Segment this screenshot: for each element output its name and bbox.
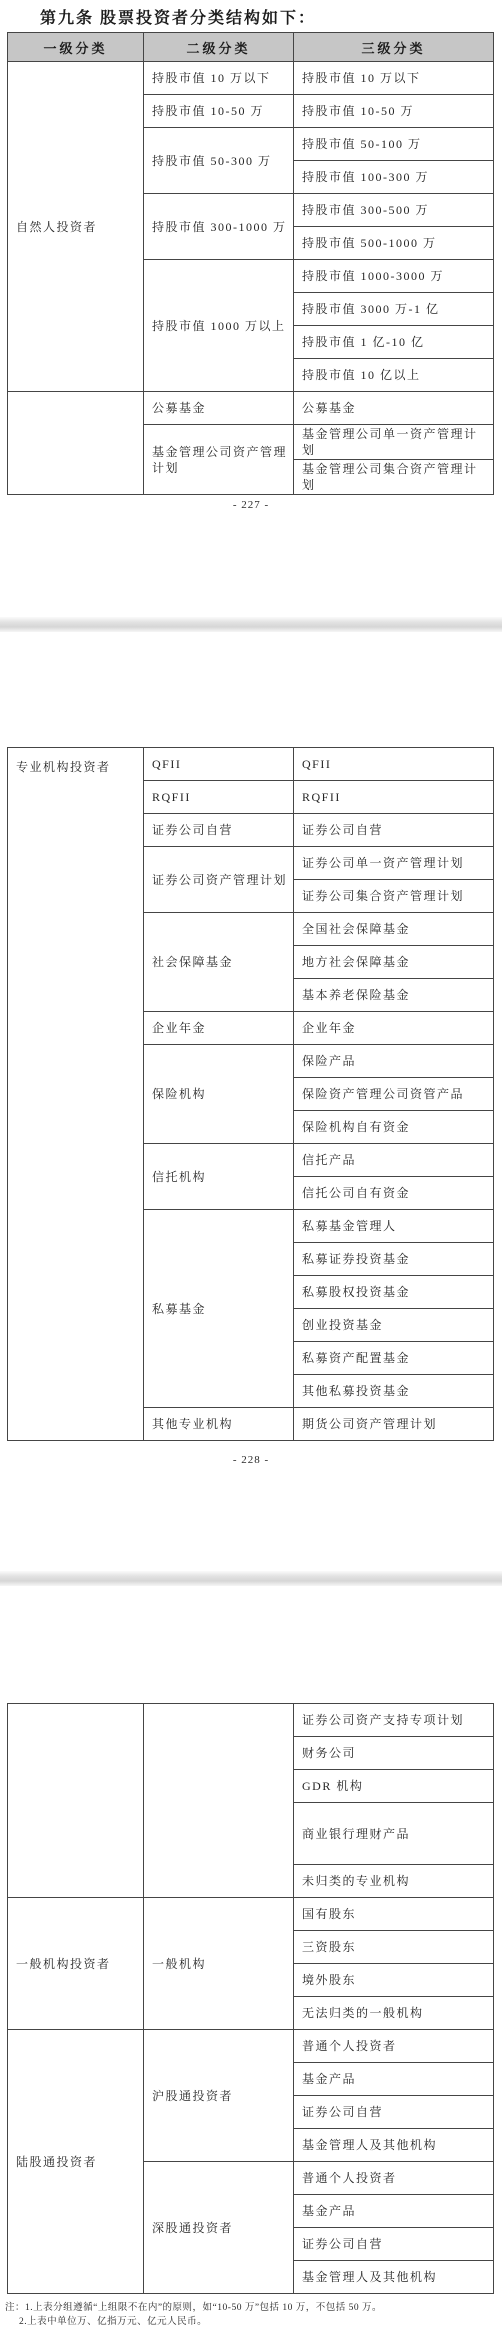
level1-category-cell: 自然人投资者 xyxy=(8,62,144,392)
document-page-view: 第九条 股票投资者分类结构如下： 一级分类二级分类三级分类自然人投资者持股市值 … xyxy=(0,0,502,2337)
footnote-line-1: 注：1.上表分组遵循“上组限不在内”的原则，如“10-50 万”包括 10 万，… xyxy=(5,2301,497,2315)
level1-category-cell: 一般机构投资者 xyxy=(8,1898,144,2030)
level3-category-cell: 创业投资基金 xyxy=(294,1309,494,1342)
table-footnote: 注：1.上表分组遵循“上组限不在内”的原则，如“10-50 万”包括 10 万，… xyxy=(5,2301,497,2329)
level3-category-cell: 证券公司资产支持专项计划 xyxy=(294,1704,494,1737)
level3-category-cell: 普通个人投资者 xyxy=(294,2030,494,2063)
level2-category-cell xyxy=(144,1704,294,1898)
level3-category-cell: 无法归类的一般机构 xyxy=(294,1997,494,2030)
level3-category-cell: 地方社会保障基金 xyxy=(294,946,494,979)
level2-category-cell: 其他专业机构 xyxy=(144,1408,294,1441)
level3-category-cell: 持股市值 1 亿-10 亿 xyxy=(294,326,494,359)
level3-category-cell: RQFII xyxy=(294,781,494,814)
level3-category-cell: 保险产品 xyxy=(294,1045,494,1078)
page-number-227: - 227 - xyxy=(0,499,502,511)
level3-category-cell: 信托公司自有资金 xyxy=(294,1177,494,1210)
page-divider xyxy=(0,617,502,632)
level3-category-cell: 持股市值 10-50 万 xyxy=(294,95,494,128)
level3-category-cell: 信托产品 xyxy=(294,1144,494,1177)
investor-classification-table-page228: 专业机构投资者QFIIQFIIRQFIIRQFII证券公司自营证券公司自营证券公… xyxy=(7,747,494,1441)
level3-category-cell: 私募基金管理人 xyxy=(294,1210,494,1243)
level2-category-cell: 一般机构 xyxy=(144,1898,294,2030)
level3-category-cell: 证券公司集合资产管理计划 xyxy=(294,880,494,913)
level3-category-cell: 国有股东 xyxy=(294,1898,494,1931)
level3-category-cell: 未归类的专业机构 xyxy=(294,1865,494,1898)
level3-category-cell: 保险机构自有资金 xyxy=(294,1111,494,1144)
level3-category-cell: 基金管理公司集合资产管理计划 xyxy=(294,460,494,495)
level3-category-cell: 保险资产管理公司资管产品 xyxy=(294,1078,494,1111)
level3-category-cell: 私募资产配置基金 xyxy=(294,1342,494,1375)
page-divider xyxy=(0,1571,502,1586)
level3-category-cell: 财务公司 xyxy=(294,1737,494,1770)
level3-category-cell: 基金管理公司单一资产管理计划 xyxy=(294,425,494,460)
level3-category-cell: 三资股东 xyxy=(294,1931,494,1964)
level3-category-cell: 证券公司自营 xyxy=(294,814,494,847)
level1-category-cell xyxy=(8,392,144,495)
level3-category-cell: 基金产品 xyxy=(294,2195,494,2228)
level3-category-cell: 基金产品 xyxy=(294,2063,494,2096)
level2-category-cell: 基金管理公司资产管理计划 xyxy=(144,425,294,495)
level2-category-cell: 证券公司自营 xyxy=(144,814,294,847)
level3-category-cell: 持股市值 50-100 万 xyxy=(294,128,494,161)
level3-category-cell: 境外股东 xyxy=(294,1964,494,1997)
level3-category-cell: GDR 机构 xyxy=(294,1770,494,1803)
level1-category-cell: 陆股通投资者 xyxy=(8,2030,144,2294)
level2-category-cell: 持股市值 10-50 万 xyxy=(144,95,294,128)
level3-category-cell: 普通个人投资者 xyxy=(294,2162,494,2195)
level2-category-cell: 企业年金 xyxy=(144,1012,294,1045)
level3-category-cell: 商业银行理财产品 xyxy=(294,1803,494,1865)
level3-category-cell: 私募股权投资基金 xyxy=(294,1276,494,1309)
level3-category-cell: 私募证券投资基金 xyxy=(294,1243,494,1276)
level3-category-cell: 证券公司自营 xyxy=(294,2096,494,2129)
level2-category-cell: 持股市值 50-300 万 xyxy=(144,128,294,194)
level3-category-cell: 基本养老保险基金 xyxy=(294,979,494,1012)
level3-category-cell: 基金管理人及其他机构 xyxy=(294,2261,494,2294)
level3-category-cell: 持股市值 3000 万-1 亿 xyxy=(294,293,494,326)
level3-category-cell: 证券公司单一资产管理计划 xyxy=(294,847,494,880)
column-header: 三级分类 xyxy=(294,33,494,62)
level2-category-cell: 保险机构 xyxy=(144,1045,294,1144)
level3-category-cell: 公募基金 xyxy=(294,392,494,425)
level2-category-cell: RQFII xyxy=(144,781,294,814)
level3-category-cell: 持股市值 10 万以下 xyxy=(294,62,494,95)
level2-category-cell: 持股市值 1000 万以上 xyxy=(144,260,294,392)
article-heading: 第九条 股票投资者分类结构如下： xyxy=(40,5,316,28)
level3-category-cell: 证券公司自营 xyxy=(294,2228,494,2261)
column-header: 二级分类 xyxy=(144,33,294,62)
level2-category-cell: 持股市值 300-1000 万 xyxy=(144,194,294,260)
level2-category-cell: 持股市值 10 万以下 xyxy=(144,62,294,95)
level3-category-cell: 基金管理人及其他机构 xyxy=(294,2129,494,2162)
level3-category-cell: 全国社会保障基金 xyxy=(294,913,494,946)
level3-category-cell: 其他私募投资基金 xyxy=(294,1375,494,1408)
level3-category-cell: 持股市值 100-300 万 xyxy=(294,161,494,194)
investor-classification-table-page229: 证券公司资产支持专项计划财务公司GDR 机构商业银行理财产品未归类的专业机构一般… xyxy=(7,1703,494,2294)
level3-category-cell: 企业年金 xyxy=(294,1012,494,1045)
investor-classification-table-page227: 一级分类二级分类三级分类自然人投资者持股市值 10 万以下持股市值 10 万以下… xyxy=(7,32,494,495)
level2-category-cell: QFII xyxy=(144,748,294,781)
level3-category-cell: QFII xyxy=(294,748,494,781)
level3-category-cell: 持股市值 300-500 万 xyxy=(294,194,494,227)
level3-category-cell: 持股市值 10 亿以上 xyxy=(294,359,494,392)
level1-category-cell xyxy=(8,1704,144,1898)
level3-category-cell: 持股市值 1000-3000 万 xyxy=(294,260,494,293)
level3-category-cell: 持股市值 500-1000 万 xyxy=(294,227,494,260)
page-number-228: - 228 - xyxy=(0,1454,502,1466)
level3-category-cell: 期货公司资产管理计划 xyxy=(294,1408,494,1441)
level2-category-cell: 私募基金 xyxy=(144,1210,294,1408)
level2-category-cell: 深股通投资者 xyxy=(144,2162,294,2294)
level1-category-cell: 专业机构投资者 xyxy=(8,748,144,1441)
level2-category-cell: 社会保障基金 xyxy=(144,913,294,1012)
footnote-line-2: 2.上表中单位万、亿指万元、亿元人民币。 xyxy=(5,2315,497,2329)
level2-category-cell: 公募基金 xyxy=(144,392,294,425)
level2-category-cell: 沪股通投资者 xyxy=(144,2030,294,2162)
column-header: 一级分类 xyxy=(8,33,144,62)
level2-category-cell: 信托机构 xyxy=(144,1144,294,1210)
level2-category-cell: 证券公司资产管理计划 xyxy=(144,847,294,913)
